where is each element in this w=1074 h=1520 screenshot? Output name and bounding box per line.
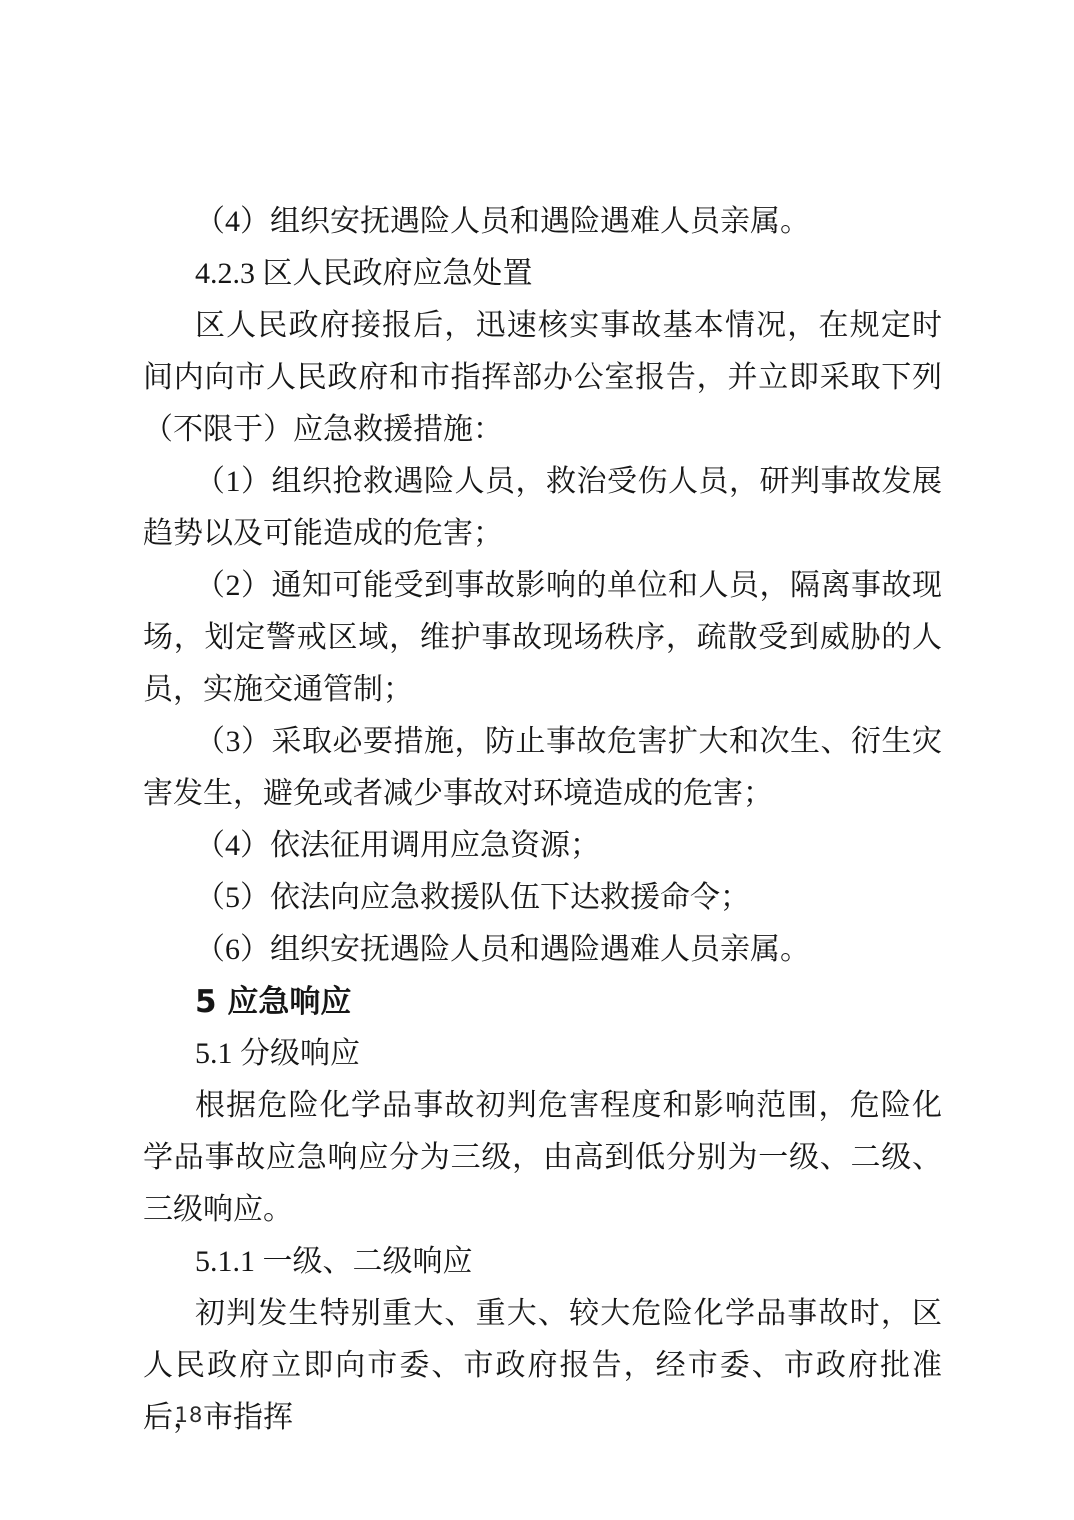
paragraph: 区人民政府接报后，迅速核实事故基本情况，在规定时间内向市人民政府和市指挥部办公室…: [143, 300, 942, 456]
document-page: （4）组织安抚遇险人员和遇险遇难人员亲属。 4.2.3 区人民政府应急处置 区人…: [0, 0, 1074, 1520]
list-item-5: （5）依法向应急救援队伍下达救援命令；: [143, 872, 942, 924]
heading-5-1-1: 5.1.1 一级、二级响应: [143, 1236, 942, 1288]
list-item-6: （6）组织安抚遇险人员和遇险遇难人员亲属。: [143, 924, 942, 976]
document-body: （4）组织安抚遇险人员和遇险遇难人员亲属。 4.2.3 区人民政府应急处置 区人…: [143, 196, 942, 1444]
heading-5-1: 5.1 分级响应: [143, 1028, 942, 1080]
page-footer: — 18 —: [145, 1400, 233, 1430]
paragraph-runs-to-next-page: 初判发生特别重大、重大、较大危险化学品事故时，区人民政府立即向市委、市政府报告，…: [143, 1288, 942, 1444]
list-item-1: （1）组织抢救遇险人员，救治受伤人员，研判事故发展趋势以及可能造成的危害；: [143, 456, 942, 560]
heading-4-2-3: 4.2.3 区人民政府应急处置: [143, 248, 942, 300]
heading-chapter-5: 5 应急响应: [143, 976, 942, 1028]
paragraph-continued: （4）组织安抚遇险人员和遇险遇难人员亲属。: [143, 196, 942, 248]
list-item-2: （2）通知可能受到事故影响的单位和人员，隔离事故现场，划定警戒区域，维护事故现场…: [143, 560, 942, 716]
list-item-4: （4）依法征用调用应急资源；: [143, 820, 942, 872]
list-item-3: （3）采取必要措施，防止事故危害扩大和次生、衍生灾害发生，避免或者减少事故对环境…: [143, 716, 942, 820]
page-number: — 18 —: [145, 1403, 233, 1427]
paragraph: 根据危险化学品事故初判危害程度和影响范围，危险化学品事故应急响应分为三级，由高到…: [143, 1080, 942, 1236]
